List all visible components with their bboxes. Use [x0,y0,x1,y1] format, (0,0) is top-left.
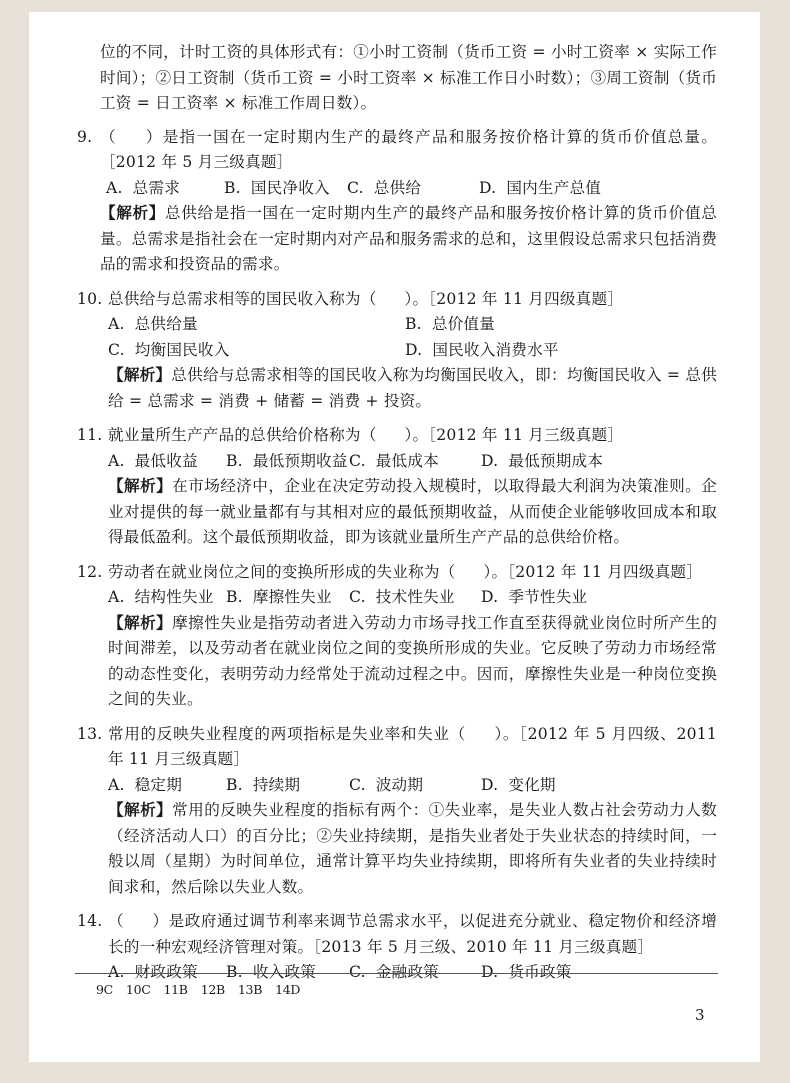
option-c: C.均衡国民收入 [108,338,405,364]
options-row: A.结构性失业 B.摩擦性失业 C.技术性失业 D.季节性失业 [77,585,717,611]
question-12: 12. 劳动者在就业岗位之间的变换所形成的失业称为（）。［2012 年 11 月… [77,560,717,713]
option-c: C.技术性失业 [349,585,481,611]
question-number: 10. [77,287,102,313]
footnote-divider [75,973,718,974]
question-number: 14. [77,909,102,935]
question-13: 13. 常用的反映失业程度的两项指标是失业率和失业（）。［2012 年 5 月四… [77,722,717,901]
options-grid: A.总供给量 B.总价值量 C.均衡国民收入 D.国民收入消费水平 [77,312,717,363]
continued-paragraph: 位的不同，计时工资的具体形式有：①小时工资制（货币工资 = 小时工资率 × 实际… [77,40,717,117]
option-c: C.最低成本 [349,449,481,475]
analysis: 【解析】总供给与总需求相等的国民收入称为均衡国民收入，即：均衡国民收入 = 总供… [77,363,717,414]
analysis-label: 【解析】 [108,477,172,495]
book-page: 位的不同，计时工资的具体形式有：①小时工资制（货币工资 = 小时工资率 × 实际… [29,12,760,1062]
question-14: 14. （）是政府通过调节利率来调节总需求水平，以促进充分就业、稳定物价和经济增… [77,909,717,986]
option-b: B.总价值量 [405,312,702,338]
option-a: A.总供给量 [108,312,405,338]
option-d: D.变化期 [481,773,556,799]
option-b: B.持续期 [226,773,349,799]
question-stem: 常用的反映失业程度的两项指标是失业率和失业（）。［2012 年 5 月四级、20… [77,722,717,773]
option-a: A.总需求 [106,176,224,202]
option-c: C.波动期 [349,773,481,799]
answer-key-item: 9C [96,982,113,997]
answer-key: 9C 10C 11B 12B 13B 14D [96,982,300,997]
analysis-label: 【解析】 [100,204,165,222]
option-a: A.稳定期 [108,773,226,799]
options-row: A.稳定期 B.持续期 C.波动期 D.变化期 [77,773,717,799]
analysis: 【解析】在市场经济中，企业在决定劳动投入规模时，以取得最大利润为决策准则。企业对… [77,474,717,551]
options-row: A.最低收益 B.最低预期收益 C.最低成本 D.最低预期成本 [77,449,717,475]
question-stem: （）是指一国在一定时期内生产的最终产品和服务按价格计算的货币价值总量。［2012… [77,125,717,176]
option-b: B.国民净收入 [224,176,347,202]
option-b: B.最低预期收益 [226,449,349,475]
answer-key-item: 13B [238,982,262,997]
analysis-label: 【解析】 [108,614,172,632]
question-stem: 总供给与总需求相等的国民收入称为（）。［2012 年 11 月四级真题］ [77,287,717,313]
question-number: 13. [77,722,102,748]
analysis: 【解析】常用的反映失业程度的指标有两个：①失业率，是失业人数占社会劳动力人数（经… [77,798,717,900]
analysis: 【解析】总供给是指一国在一定时期内生产的最终产品和服务按价格计算的货币价值总量。… [77,201,717,278]
question-stem: 劳动者在就业岗位之间的变换所形成的失业称为（）。［2012 年 11 月四级真题… [77,560,717,586]
options-row: A.总需求 B.国民净收入 C.总供给 D.国内生产总值 [77,176,717,202]
question-10: 10. 总供给与总需求相等的国民收入称为（）。［2012 年 11 月四级真题］… [77,287,717,415]
option-c: C.总供给 [347,176,479,202]
question-11: 11. 就业量所生产产品的总供给价格称为（）。［2012 年 11 月三级真题］… [77,423,717,551]
answer-key-item: 10C [126,982,151,997]
analysis: 【解析】摩擦性失业是指劳动者进入劳动力市场寻找工作直至获得就业岗位时所产生的时间… [77,611,717,713]
page-number: 3 [695,1006,705,1024]
analysis-label: 【解析】 [108,366,171,384]
question-stem: （）是政府通过调节利率来调节总需求水平，以促进充分就业、稳定物价和经济增长的一种… [77,909,717,960]
answer-key-item: 11B [164,982,188,997]
question-9: 9. （）是指一国在一定时期内生产的最终产品和服务按价格计算的货币价值总量。［2… [77,125,717,278]
option-a: A.最低收益 [108,449,226,475]
question-number: 9. [77,125,92,151]
option-d: D.国民收入消费水平 [405,338,702,364]
option-d: D.最低预期成本 [481,449,603,475]
analysis-label: 【解析】 [108,801,172,819]
option-d: D.国内生产总值 [479,176,601,202]
question-number: 11. [77,423,102,449]
question-number: 12. [77,560,102,586]
option-b: B.摩擦性失业 [226,585,349,611]
question-stem: 就业量所生产产品的总供给价格称为（）。［2012 年 11 月三级真题］ [77,423,717,449]
answer-key-item: 14D [275,982,300,997]
answer-key-item: 12B [201,982,225,997]
option-d: D.季节性失业 [481,585,587,611]
option-a: A.结构性失业 [108,585,226,611]
page-content: 位的不同，计时工资的具体形式有：①小时工资制（货币工资 = 小时工资率 × 实际… [77,40,717,986]
